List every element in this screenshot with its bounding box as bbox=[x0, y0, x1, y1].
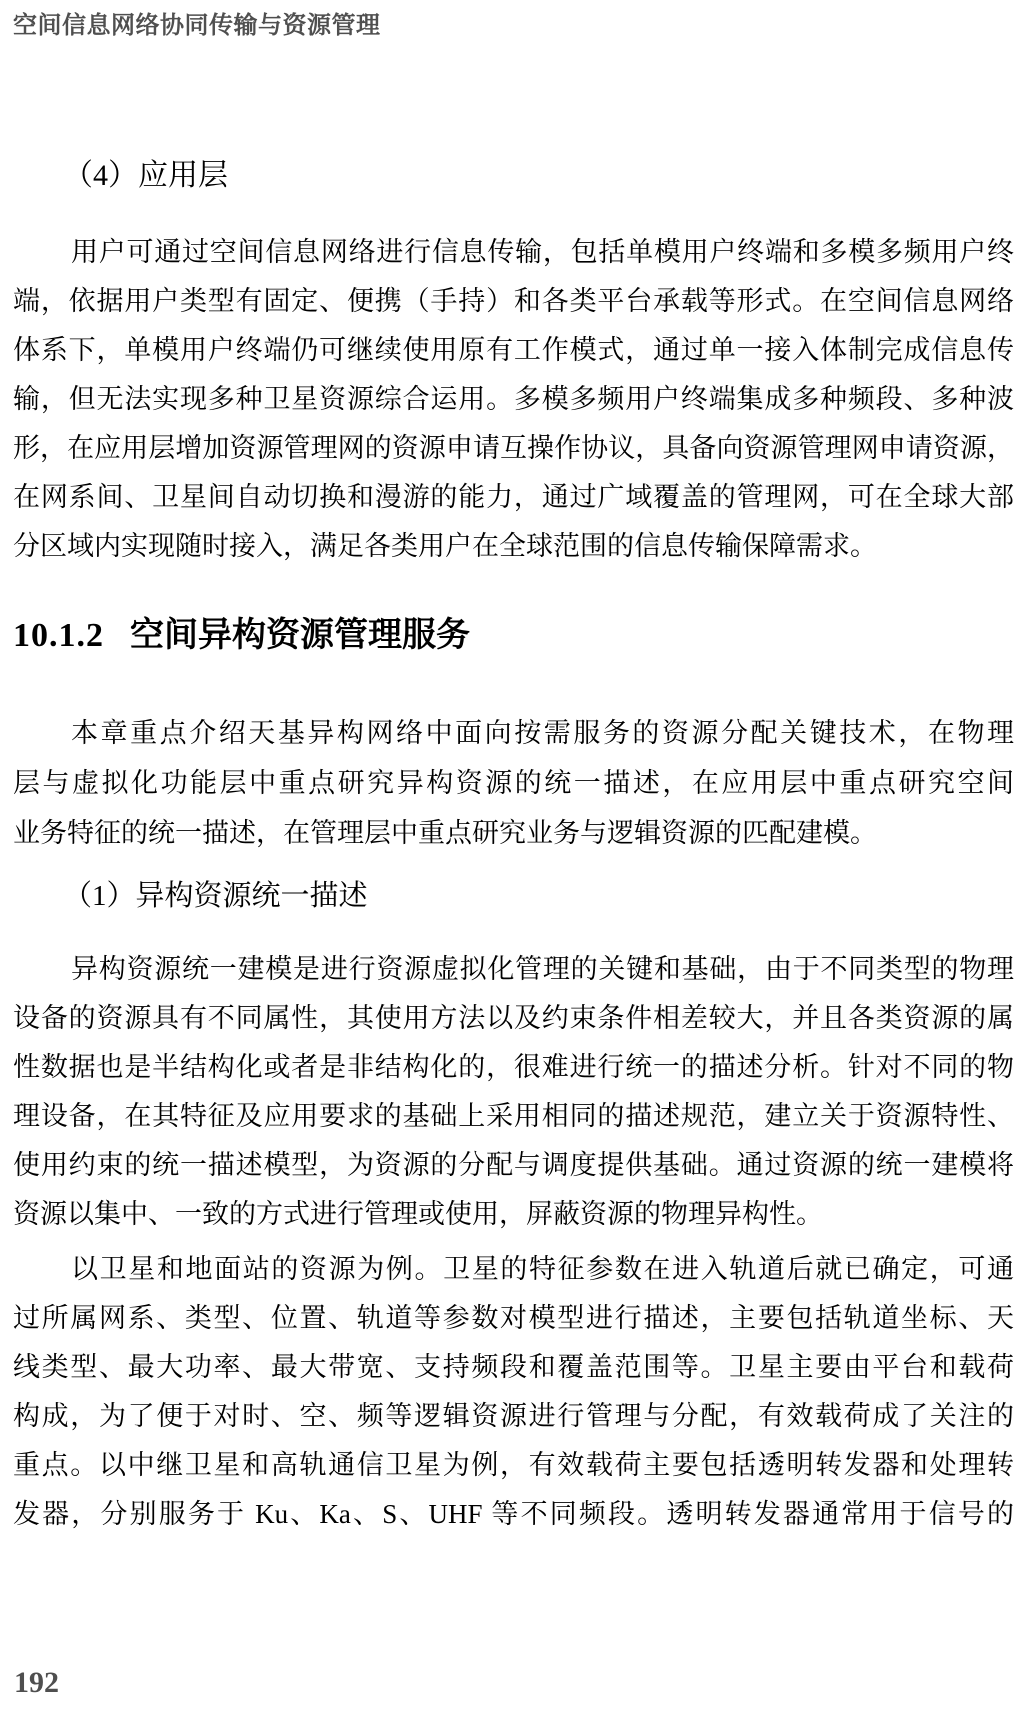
text-line: 业务特征的统一描述，在管理层中重点研究业务与逻辑资源的匹配建模。 bbox=[13, 808, 1014, 858]
text-line: 构成，为了便于对时、空、频等逻辑资源进行管理与分配，有效载荷成了关注的 bbox=[13, 1392, 1014, 1441]
text-line: 用户可通过空间信息网络进行信息传输，包括单模用户终端和多模多频用户终 bbox=[13, 228, 1014, 277]
heading-section-10-1-2: 10.1.2空间异构资源管理服务 bbox=[13, 614, 1014, 658]
text-line: 体系下，单模用户终端仍可继续使用原有工作模式，通过单一接入体制完成信息传 bbox=[13, 326, 1014, 375]
text-line: 线类型、最大功率、最大带宽、支持频段和覆盖范围等。卫星主要由平台和载荷 bbox=[13, 1343, 1014, 1392]
text-line: 分区域内实现随时接入，满足各类用户在全球范围的信息传输保障需求。 bbox=[13, 522, 1014, 571]
text-line: 层与虚拟化功能层中重点研究异构资源的统一描述，在应用层中重点研究空间 bbox=[13, 758, 1014, 808]
text-line: 本章重点介绍天基异构网络中面向按需服务的资源分配关键技术，在物理 bbox=[13, 708, 1014, 758]
page-number: 192 bbox=[14, 1666, 59, 1700]
book-page: 空间信息网络协同传输与资源管理 （4）应用层 用户可通过空间信息网络进行信息传输… bbox=[0, 0, 1029, 1709]
text-line: 形，在应用层增加资源管理网的资源申请互操作协议，具备向资源管理网申请资源， bbox=[13, 424, 1014, 473]
section-number: 10.1.2 bbox=[13, 617, 104, 654]
running-header-book-title: 空间信息网络协同传输与资源管理 bbox=[13, 10, 381, 42]
text-line: 在网系间、卫星间自动切换和漫游的能力，通过广域覆盖的管理网，可在全球大部 bbox=[13, 473, 1014, 522]
text-line: 资源以集中、一致的方式进行管理或使用，屏蔽资源的物理异构性。 bbox=[13, 1190, 1014, 1239]
heading-sub-1-heterogeneous-resource-description: （1）异构资源统一描述 bbox=[13, 876, 1014, 916]
text-line: 性数据也是半结构化或者是非结构化的，很难进行统一的描述分析。针对不同的物 bbox=[13, 1043, 1014, 1092]
text-line: 端，依据用户类型有固定、便携（手持）和各类平台承载等形式。在空间信息网络 bbox=[13, 277, 1014, 326]
paragraph-unified-modeling: 异构资源统一建模是进行资源虚拟化管理的关键和基础，由于不同类型的物理设备的资源具… bbox=[13, 945, 1014, 1239]
paragraph-application-layer: 用户可通过空间信息网络进行信息传输，包括单模用户终端和多模多频用户终端，依据用户… bbox=[13, 228, 1014, 571]
text-line: 重点。以中继卫星和高轨通信卫星为例，有效载荷主要包括透明转发器和处理转 bbox=[13, 1441, 1014, 1490]
section-title: 空间异构资源管理服务 bbox=[130, 617, 470, 654]
paragraph-satellite-example: 以卫星和地面站的资源为例。卫星的特征参数在进入轨道后就已确定，可通过所属网系、类… bbox=[13, 1245, 1014, 1539]
paragraph-chapter-overview: 本章重点介绍天基异构网络中面向按需服务的资源分配关键技术，在物理层与虚拟化功能层… bbox=[13, 708, 1014, 858]
text-line: 过所属网系、类型、位置、轨道等参数对模型进行描述，主要包括轨道坐标、天 bbox=[13, 1294, 1014, 1343]
text-line: 异构资源统一建模是进行资源虚拟化管理的关键和基础，由于不同类型的物理 bbox=[13, 945, 1014, 994]
heading-section-4-application-layer: （4）应用层 bbox=[13, 156, 1014, 196]
text-line: 理设备，在其特征及应用要求的基础上采用相同的描述规范，建立关于资源特性、 bbox=[13, 1092, 1014, 1141]
text-line: 发器，分别服务于 Ku、Ka、S、UHF 等不同频段。透明转发器通常用于信号的 bbox=[13, 1490, 1014, 1539]
text-line: 设备的资源具有不同属性，其使用方法以及约束条件相差较大，并且各类资源的属 bbox=[13, 994, 1014, 1043]
text-line: 使用约束的统一描述模型，为资源的分配与调度提供基础。通过资源的统一建模将 bbox=[13, 1141, 1014, 1190]
text-line: 输，但无法实现多种卫星资源综合运用。多模多频用户终端集成多种频段、多种波 bbox=[13, 375, 1014, 424]
text-line: 以卫星和地面站的资源为例。卫星的特征参数在进入轨道后就已确定，可通 bbox=[13, 1245, 1014, 1294]
